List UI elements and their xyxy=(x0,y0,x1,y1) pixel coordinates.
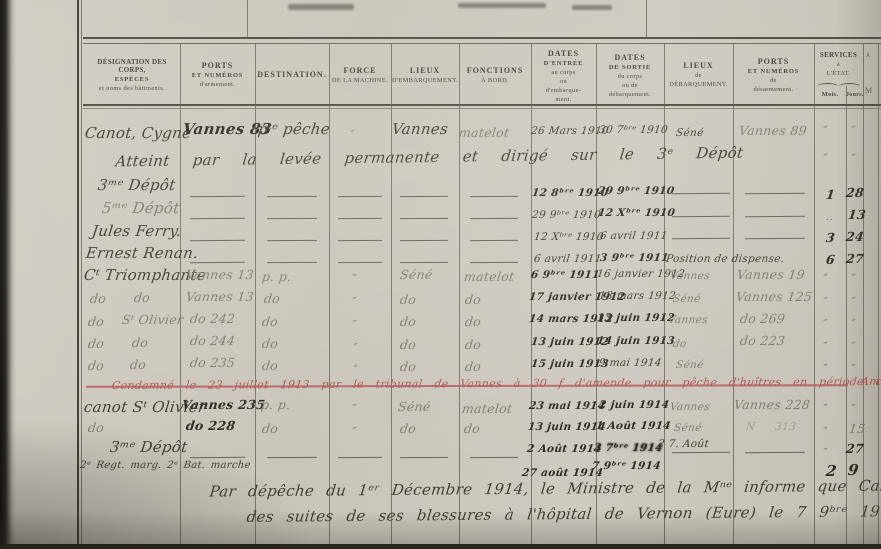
handwritten-entry: 9 mai 1914 xyxy=(598,356,662,370)
handwritten-entry: ″ xyxy=(351,272,357,286)
column-rule xyxy=(863,43,864,544)
empty-cell-dash xyxy=(190,196,245,197)
handwritten-entry: ″ xyxy=(850,124,856,138)
empty-cell-dash xyxy=(338,218,382,219)
empty-cell-dash xyxy=(745,216,805,217)
handwritten-entry: do xyxy=(131,336,149,350)
handwritten-entry: Par dépêche du 1ᵉʳ Décembre 1914, le Min… xyxy=(209,477,881,498)
handwritten-entry: do 235 xyxy=(189,356,236,370)
cropped-column-fragment: M xyxy=(865,84,872,98)
handwritten-entry: do xyxy=(87,359,105,373)
handwritten-entry: ″ xyxy=(822,317,828,331)
header-label: LIEUX xyxy=(410,67,440,75)
header-label: au corps xyxy=(551,69,575,76)
handwritten-entry: Vannes 235 xyxy=(181,398,266,412)
handwritten-entry: 2 juin 1914 xyxy=(598,398,670,412)
empty-cell-dash xyxy=(470,457,518,458)
handwritten-entry: 6 avril 1911 xyxy=(533,252,602,266)
handwritten-entry: do xyxy=(463,422,481,436)
handwritten-entry: 5ᵐᵉ Dépôt xyxy=(101,201,180,215)
handwritten-entry: Sᵗ Olivier xyxy=(121,313,184,327)
handwritten-entry: 14 juin 1913 xyxy=(596,334,676,348)
header-label: désarmement. xyxy=(754,86,794,93)
empty-cell-dash xyxy=(470,240,518,241)
handwritten-entry: 29 9ᵇʳᵉ 1910 xyxy=(597,184,675,198)
handwritten-entry: 2 7. Août xyxy=(657,437,710,451)
handwritten-entry: 3ᵐᵉ Dépôt xyxy=(109,440,188,454)
header-cell: FONCTIONSÀ BORD. xyxy=(459,46,531,104)
handwritten-entry: matelot xyxy=(461,402,513,416)
empty-cell-dash xyxy=(338,262,382,263)
header-cell: PORTSET NUMÉROSd'armement. xyxy=(180,46,255,104)
column-rule xyxy=(646,0,647,37)
handwritten-entry: 28 xyxy=(845,186,865,200)
handwritten-entry: p. p. xyxy=(260,398,291,412)
handwritten-entry: do xyxy=(399,293,417,307)
handwritten-entry: do xyxy=(399,315,417,329)
handwritten-entry: Séné xyxy=(673,421,702,435)
handwritten-entry: do 244 xyxy=(189,334,236,348)
header-label: ET NUMÉROS xyxy=(192,72,243,79)
handwritten-entry: Am xyxy=(860,375,881,389)
header-label: ou xyxy=(560,78,567,85)
handwritten-entry: do 242 xyxy=(189,312,236,326)
handwritten-entry: ″ xyxy=(850,152,856,166)
handwritten-entry: 3ᵐᵉ Dépôt xyxy=(97,178,176,192)
handwritten-entry: ″ xyxy=(850,340,856,354)
handwritten-entry: 9 xyxy=(847,463,859,477)
handwritten-entry: do 269 xyxy=(739,312,786,326)
handwritten-entry: Vannes xyxy=(669,400,711,414)
handwritten-entry: ″ xyxy=(822,124,828,138)
empty-cell-dash xyxy=(745,193,805,194)
empty-cell-dash xyxy=(672,238,730,239)
handwritten-entry: ″ xyxy=(351,425,357,439)
handwritten-entry: do 228 xyxy=(185,419,236,433)
handwritten-entry: ″ xyxy=(349,128,355,142)
header-cell: FORCEDE LA MACHINE. xyxy=(329,46,391,104)
handwritten-entry: 7 9ᵇʳᵉ 1914 xyxy=(591,459,661,473)
handwritten-entry: ″ xyxy=(850,317,856,331)
handwritten-entry: ″ xyxy=(850,402,856,416)
header-label: FORCE xyxy=(344,67,377,75)
handwritten-entry: do xyxy=(129,358,147,372)
empty-cell-dash xyxy=(190,218,245,219)
handwritten-entry: ″ xyxy=(822,295,828,309)
handwritten-entry: do xyxy=(263,292,281,306)
handwritten-entry: 3 7ᵇʳᵉ 1914 xyxy=(593,441,663,455)
header-label: DE LA MACHINE. xyxy=(332,77,388,84)
handwritten-entry: ″ xyxy=(822,340,828,354)
column-rule xyxy=(329,43,330,544)
cropped-column-fragment: ᴀ xyxy=(866,48,870,62)
empty-cell-dash xyxy=(745,238,805,239)
handwritten-entry: Position de dispense. xyxy=(665,252,785,266)
header-label: À BORD. xyxy=(481,77,509,84)
header-label: D'ENTRÉE xyxy=(544,60,584,67)
handwritten-entry: do xyxy=(464,315,482,329)
header-label: PORTS xyxy=(758,58,789,66)
header-label: L'ÉTAT. xyxy=(827,70,851,77)
handwritten-entry: matelot xyxy=(458,126,510,140)
scanned-register-page: DÉSIGNATION DES CORPS,ESPÈCESet noms des… xyxy=(0,0,881,549)
handwritten-entry: 2ᵉ Regt. marg. 2ᵉ Bat. marche xyxy=(79,459,251,473)
header-label: ET NUMÉROS xyxy=(748,68,799,75)
empty-cell-dash xyxy=(400,196,448,197)
handwritten-entry: do xyxy=(399,338,417,352)
handwritten-entry: 13 xyxy=(847,208,867,222)
handwritten-entry: do 223 xyxy=(739,334,786,348)
empty-cell-dash xyxy=(470,262,518,263)
handwritten-entry: 29 9ᵇʳᵉ 1910 xyxy=(531,208,602,222)
empty-cell-dash xyxy=(400,457,448,458)
empty-cell-dash xyxy=(267,457,317,458)
row-rule xyxy=(83,104,881,106)
handwritten-entry: 27 xyxy=(845,252,865,266)
handwritten-entry: Vannes 125 xyxy=(735,290,813,304)
header-label: D'EMBARQUEMENT. xyxy=(392,77,458,84)
handwritten-entry: Séné xyxy=(675,358,704,372)
handwritten-entry: do xyxy=(261,422,279,436)
empty-cell-dash xyxy=(267,196,317,197)
handwritten-entry: 3 9ᵇʳᵉ 1911 xyxy=(599,251,669,265)
row-rule xyxy=(83,43,881,44)
handwritten-entry: 12 Xᵇʳᵉ 1910 xyxy=(597,206,676,220)
header-cell: PORTSET NUMÉROSdedésarmement. xyxy=(733,46,814,104)
cropped-text-fragment xyxy=(458,3,546,8)
empty-cell-dash xyxy=(267,262,317,263)
empty-cell-dash xyxy=(672,452,730,453)
column-rule xyxy=(77,0,79,549)
handwritten-entry: ″ xyxy=(351,295,357,309)
handwritten-entry: Vannes xyxy=(667,313,709,327)
empty-cell-dash xyxy=(190,240,245,241)
handwritten-entry: pᵗᵉ pêche xyxy=(257,122,331,136)
header-cell: SERVICESàL'ÉTAT. xyxy=(814,46,863,82)
header-label: DATES xyxy=(614,54,645,62)
handwritten-entry: ″ xyxy=(850,362,856,376)
handwritten-entry: ″ xyxy=(352,363,358,377)
header-label: ou de xyxy=(622,82,638,89)
handwritten-entry: ″ xyxy=(351,318,357,332)
header-label: et noms des bâtiments. xyxy=(99,85,165,92)
column-rule xyxy=(255,43,256,544)
handwritten-entry: p. p. xyxy=(261,270,292,284)
handwritten-entry: Séné xyxy=(675,126,704,140)
empty-cell-dash xyxy=(672,193,730,194)
handwritten-entry: Vannes 89 xyxy=(738,124,808,138)
services-brace xyxy=(839,83,860,90)
header-label: de xyxy=(770,77,777,84)
header-label: SERVICES xyxy=(820,51,857,59)
handwritten-entry: 27 xyxy=(845,442,865,456)
empty-cell-dash xyxy=(400,262,448,263)
empty-cell-dash xyxy=(470,218,518,219)
handwritten-entry: do xyxy=(464,338,482,352)
empty-cell-dash xyxy=(470,196,518,197)
header-cell: DESTINATION. xyxy=(255,46,329,104)
cropped-text-fragment xyxy=(288,4,354,10)
handwritten-entry: do xyxy=(261,359,279,373)
header-cell: LIEUXdeDÉBARQUEMENT. xyxy=(664,46,733,104)
handwritten-entry: do xyxy=(133,291,151,305)
binding-edge xyxy=(0,0,16,549)
column-rule xyxy=(814,43,815,544)
cropped-text-fragment xyxy=(572,5,612,10)
header-label: ESPÈCES xyxy=(115,76,150,83)
handwritten-entry: Jules Ferry. xyxy=(91,224,182,238)
handwritten-entry: ‥ xyxy=(825,210,834,224)
handwritten-entry: ″ xyxy=(351,402,357,416)
handwritten-entry: do xyxy=(87,337,105,351)
handwritten-entry: ″ xyxy=(822,362,828,376)
empty-cell-dash xyxy=(267,218,317,219)
header-label: PORTS xyxy=(202,62,233,70)
empty-cell-dash xyxy=(190,262,245,263)
handwritten-entry: do xyxy=(464,293,482,307)
handwritten-entry: ″ xyxy=(850,272,856,286)
header-label: DÉBARQUEMENT. xyxy=(669,81,727,88)
handwritten-entry: do xyxy=(87,421,105,435)
empty-cell-dash xyxy=(338,196,382,197)
handwritten-entry: do xyxy=(464,360,482,374)
handwritten-entry: 6 9ᵇʳᵉ 1911 xyxy=(530,268,600,282)
handwritten-entry: 6 avril 1911 xyxy=(599,229,668,243)
handwritten-entry: do xyxy=(87,315,105,329)
column-rule xyxy=(247,0,248,37)
handwritten-entry: do xyxy=(672,337,687,351)
header-label: du corps xyxy=(618,73,643,80)
handwritten-entry: ″ xyxy=(822,425,828,439)
header-label: à xyxy=(837,61,840,68)
empty-cell-dash xyxy=(338,457,382,458)
empty-cell-dash xyxy=(400,240,448,241)
handwritten-entry: Canot, Cygne xyxy=(84,126,192,140)
row-rule xyxy=(83,37,881,39)
handwritten-entry: 1 Août 1914 xyxy=(595,419,672,433)
header-cell: DATESDE SORTIEdu corpsou dedébarquement. xyxy=(596,46,664,106)
empty-cell-dash xyxy=(338,240,382,241)
handwritten-entry: do xyxy=(261,337,279,351)
handwritten-entry: 2 Août 1914 xyxy=(526,442,603,456)
handwritten-entry: Vannes xyxy=(669,269,711,283)
handwritten-entry: Séné xyxy=(672,292,701,306)
header-label: DÉSIGNATION DES CORPS, xyxy=(84,58,180,74)
handwritten-entry: ″ xyxy=(822,152,828,166)
handwritten-entry: 15 xyxy=(848,422,866,436)
header-label: d'armement. xyxy=(200,81,235,88)
header-cell: DÉSIGNATION DES CORPS,ESPÈCESet noms des… xyxy=(84,46,180,104)
header-cell: DATESD'ENTRÉEau corpsoud'embarque-ment. xyxy=(531,46,596,106)
handwritten-entry: ″ xyxy=(822,402,828,416)
handwritten-entry: do xyxy=(89,292,107,306)
header-label: débarquement. xyxy=(609,91,651,98)
handwritten-entry: Vannes 13 xyxy=(185,290,255,304)
handwritten-entry: ″ xyxy=(850,295,856,309)
handwritten-entry: 2 xyxy=(825,464,837,478)
empty-cell-dash xyxy=(672,216,730,217)
handwritten-entry: 30 7ᵇʳᵉ 1910 xyxy=(598,123,669,137)
handwritten-entry: Séné xyxy=(397,400,431,414)
handwritten-entry: 23 mai 1914 xyxy=(528,399,606,413)
empty-cell-dash xyxy=(745,452,805,453)
column-rule xyxy=(459,43,460,544)
empty-cell-dash xyxy=(400,218,448,219)
handwritten-entry: 1 xyxy=(825,188,836,202)
handwritten-entry: do xyxy=(399,422,417,436)
subheader-jours: Jours. xyxy=(846,92,863,98)
handwritten-entry: 12 Xᵇʳᵉ 1910 xyxy=(533,230,604,244)
handwritten-entry: 6 xyxy=(825,253,836,267)
handwritten-entry: ″ xyxy=(822,446,828,460)
column-rule xyxy=(733,43,734,544)
row-rule xyxy=(83,108,881,109)
handwritten-entry: Vannes 228 xyxy=(733,398,811,412)
handwritten-entry: Vannes 19 xyxy=(736,268,806,282)
handwritten-entry: matelot xyxy=(463,270,515,284)
services-brace xyxy=(817,83,838,90)
header-label: DE SORTIE xyxy=(609,64,651,71)
header-label: FONCTIONS xyxy=(467,67,524,75)
handwritten-entry: Vannes 13 xyxy=(185,268,255,282)
handwritten-entry: do xyxy=(261,315,279,329)
header-label: DATES xyxy=(548,50,579,58)
handwritten-entry: ″ xyxy=(352,341,358,355)
handwritten-entry: 13 mars 1912 xyxy=(598,289,677,303)
handwritten-entry: ″ xyxy=(822,272,828,286)
subheader-mois: Mois. xyxy=(815,91,845,98)
column-rule xyxy=(391,43,392,544)
header-label: ment. xyxy=(555,96,571,103)
handwritten-entry: N 313 xyxy=(745,420,797,434)
handwritten-entry: 13 juin 1912 xyxy=(596,311,676,325)
handwritten-entry: Atteint par la levée permanente et dirig… xyxy=(115,146,744,169)
empty-cell-dash xyxy=(267,240,317,241)
handwritten-entry: des suites de ses blessures à l'hôpital … xyxy=(246,504,881,524)
handwritten-entry: 24 xyxy=(845,230,865,244)
empty-cell-dash xyxy=(190,457,245,458)
handwritten-entry: Ernest Renan. xyxy=(85,246,199,260)
header-label: de xyxy=(695,72,702,79)
header-label: d'embarque- xyxy=(546,87,582,94)
handwritten-entry: do xyxy=(399,360,417,374)
header-cell: LIEUXD'EMBARQUEMENT. xyxy=(391,46,459,104)
handwritten-entry: Vannes xyxy=(391,122,449,136)
header-label: DESTINATION. xyxy=(257,71,326,79)
header-label: LIEUX xyxy=(683,62,713,70)
column-rule xyxy=(878,43,879,544)
handwritten-entry: Séné xyxy=(399,268,433,282)
handwritten-entry: 3 xyxy=(825,231,836,245)
